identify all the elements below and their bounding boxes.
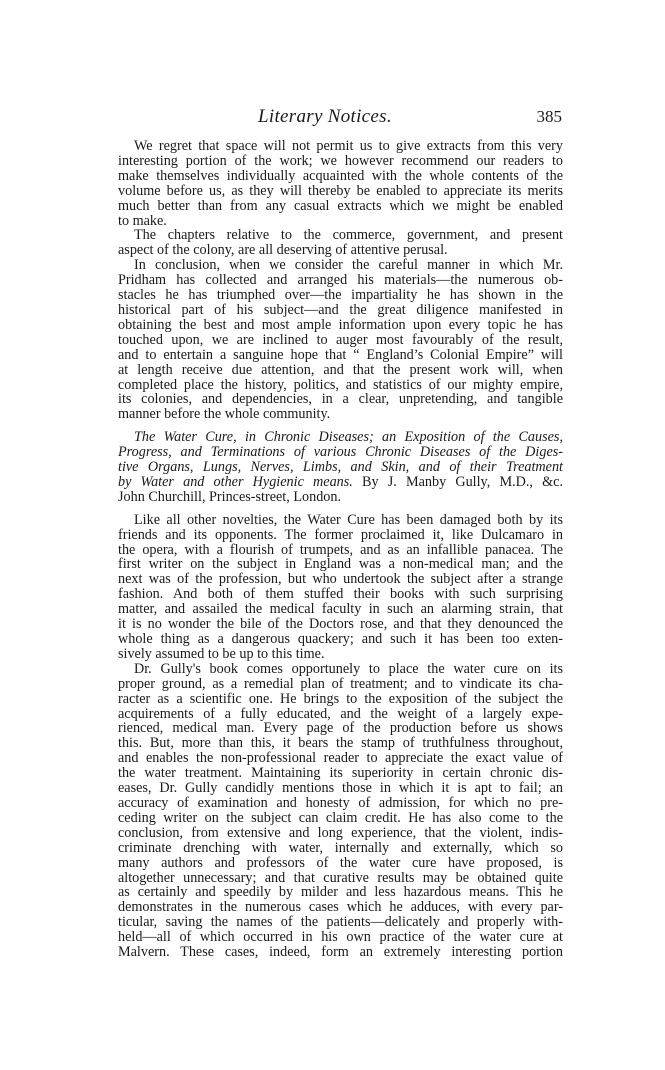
review-title-line: The Water Cure, in Chronic Diseases; an …: [102, 430, 563, 445]
text-line: it is no wonder the bile of the Doctors …: [102, 617, 563, 632]
paragraph-conclusion: In conclusion, when we consider the care…: [102, 258, 563, 422]
text-line: completed place the history, politics, a…: [102, 378, 563, 393]
review-title-line: by Water and other Hygienic means. By J.…: [102, 475, 563, 490]
text-line: demonstrates in the numerous cases which…: [102, 900, 563, 915]
review-title-line: Progress, and Terminations of various Ch…: [102, 445, 563, 460]
text-line: In conclusion, when we consider the care…: [102, 258, 563, 273]
page-number: 385: [537, 107, 563, 127]
review-publisher: John Churchill, Princes-street, London.: [118, 489, 341, 505]
paragraph-gully-book: Dr. Gully's book comes opportunely to pl…: [102, 662, 563, 960]
paragraph-novelties: Like all other novelties, the Water Cure…: [102, 513, 563, 662]
text-line: Pridham has collected and arranged his m…: [102, 273, 563, 288]
text-line: rienced, medical man. Every page of the …: [102, 721, 563, 736]
text-line: held—all of which occurred in his own pr…: [102, 930, 563, 945]
text-line: altogether unnecessary; and that curativ…: [102, 871, 563, 886]
text-line: Like all other novelties, the Water Cure…: [102, 513, 563, 528]
review-publisher-line: John Churchill, Princes-street, London.: [102, 490, 563, 505]
text-line: at length receive due attention, and tha…: [102, 363, 563, 378]
review-heading: The Water Cure, in Chronic Diseases; an …: [102, 430, 563, 505]
text-line: stacles he has triumphed over—the impart…: [102, 288, 563, 303]
text-line: and enables the non-professional reader …: [102, 751, 563, 766]
text-line: and to entertain a sanguine hope that “ …: [102, 348, 563, 363]
text-line: many authors and professors of the water…: [102, 856, 563, 871]
review-title-italic: The Water Cure, in Chronic Diseases; an …: [134, 429, 563, 445]
text-line: accuracy of examination and honesty of a…: [102, 796, 563, 811]
text-line: make themselves individually acquainted …: [102, 169, 563, 184]
text-line: its colonies, and dependencies, in a cle…: [102, 392, 563, 407]
review-title-italic: tive Organs, Lungs, Nerves, Limbs, and S…: [118, 459, 563, 475]
review-author: By J. Manby Gully, M.D., &c.: [353, 474, 563, 490]
text-line: The chapters relative to the commerce, g…: [102, 228, 563, 243]
text-line: volume before us, as they will thereby b…: [102, 184, 563, 199]
running-header: Literary Notices. 385: [102, 106, 562, 128]
text-line: eases, Dr. Gully candidly mentions those…: [102, 781, 563, 796]
paragraph-chapters: The chapters relative to the commerce, g…: [102, 228, 563, 258]
text-line: acquirements of a fully educated, and th…: [102, 707, 563, 722]
text-line: fashion. And both of them stuffed their …: [102, 587, 563, 602]
page-body: We regret that space will not permit us …: [102, 139, 563, 960]
review-title-italic: Progress, and Terminations of various Ch…: [118, 444, 563, 460]
text-line: next was of the profession, but who unde…: [102, 572, 563, 587]
text-line: touched upon, we are inclined to auger m…: [102, 333, 563, 348]
text-line: conclusion, from extensive and long expe…: [102, 826, 563, 841]
text-line: obtaining the best and most ample inform…: [102, 318, 563, 333]
text-line: the opera, with a flourish of trumpets, …: [102, 543, 563, 558]
paragraph-extracts: We regret that space will not permit us …: [102, 139, 563, 228]
text-line: much better than from any casual extract…: [102, 199, 563, 214]
text-line: friends and its opponents. The former pr…: [102, 528, 563, 543]
text-line: this. But, more than this, it bears the …: [102, 736, 563, 751]
text-line: ticular, saving the names of the patient…: [102, 915, 563, 930]
text-line: the water treatment. Maintaining its sup…: [102, 766, 563, 781]
text-line: to make.: [102, 214, 563, 229]
text-line: Dr. Gully's book comes opportunely to pl…: [102, 662, 563, 677]
text-line: whole thing as a dangerous quackery; and…: [102, 632, 563, 647]
text-line: manner before the whole community.: [102, 407, 563, 422]
text-line: racter as a scientific one. He brings to…: [102, 692, 563, 707]
text-line: ceding writer on the subject can claim c…: [102, 811, 563, 826]
text-line: historical part of his subject—and the g…: [102, 303, 563, 318]
text-line: proper ground, as a remedial plan of tre…: [102, 677, 563, 692]
text-line: criminate drenching with water, internal…: [102, 841, 563, 856]
text-line: first writer on the subject in England w…: [102, 557, 563, 572]
text-line: interesting portion of the work; we howe…: [102, 154, 563, 169]
text-line: matter, and assailed the medical faculty…: [102, 602, 563, 617]
text-line: We regret that space will not permit us …: [102, 139, 563, 154]
text-line: Malvern. These cases, indeed, form an ex…: [102, 945, 563, 960]
text-line: aspect of the colony, are all deserving …: [102, 243, 563, 258]
running-title: Literary Notices.: [258, 106, 392, 128]
text-line: as certainly and speedily by milder and …: [102, 885, 563, 900]
text-line: sively assumed to be up to this time.: [102, 647, 563, 662]
review-title-italic: by Water and other Hygienic means.: [118, 474, 353, 490]
review-title-line: tive Organs, Lungs, Nerves, Limbs, and S…: [102, 460, 563, 475]
